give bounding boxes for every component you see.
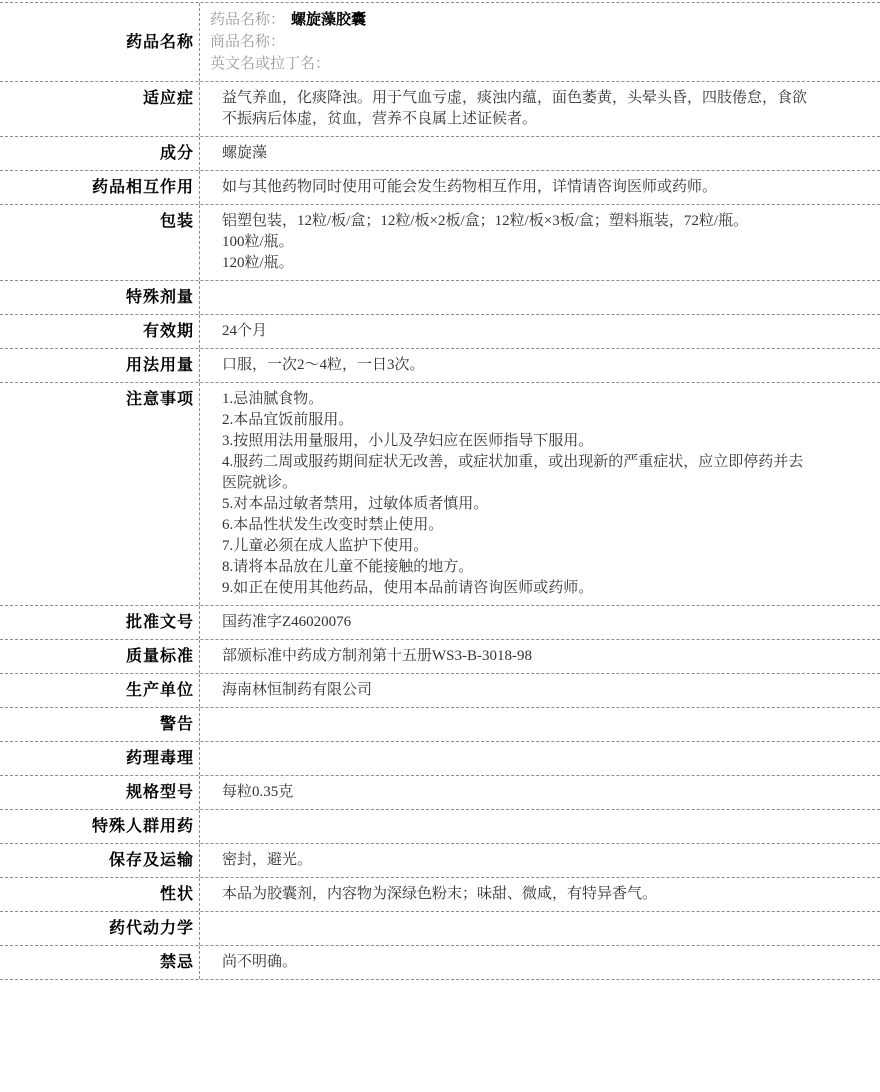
english-name-prefix: 英文名或拉丁名： (210, 53, 810, 75)
row-label: 用法用量 (0, 349, 200, 382)
row-label-text: 药理毒理 (126, 750, 194, 767)
row-label-text: 注意事项 (126, 391, 194, 408)
row-content: 口服，一次2～4粒，一日3次。 (200, 349, 880, 382)
row-label: 禁忌 (0, 946, 200, 979)
row-content: 益气养血，化痰降浊。用于气血亏虚，痰浊内蕴，面色萎黄，头晕头昏，四肢倦怠，食欲不… (200, 82, 880, 136)
row-quality-standard: 质量标准 部颁标准中药成方制剂第十五册WS3-B-3018-98 (0, 640, 880, 674)
row-label-text: 有效期 (143, 323, 194, 340)
row-content: 部颁标准中药成方制剂第十五册WS3-B-3018-98 (200, 640, 880, 673)
row-label-text: 适应症 (143, 90, 194, 107)
page-body: { "page": { "background": "#ffffff", "bo… (0, 2, 880, 1092)
row-content (200, 912, 880, 945)
row-special-dosage: 特殊剂量 (0, 281, 880, 315)
row-label-text: 成分 (160, 145, 194, 162)
row-label: 适应症 (0, 82, 200, 136)
row-content: 药品名称：螺旋藻胶囊 商品名称： 英文名或拉丁名： (200, 3, 880, 81)
row-content: 铝塑包装，12粒/板/盒；12粒/板×2板/盒；12粒/板×3板/盒；塑料瓶装，… (200, 205, 880, 280)
row-label-text: 特殊剂量 (126, 289, 194, 306)
row-content: 每粒0.35克 (200, 776, 880, 809)
row-label-text: 警告 (160, 716, 194, 733)
row-packaging: 包装 铝塑包装，12粒/板/盒；12粒/板×2板/盒；12粒/板×3板/盒；塑料… (0, 205, 880, 281)
row-label-text: 性状 (160, 886, 194, 903)
row-label: 生产单位 (0, 674, 200, 707)
drug-name-value: 螺旋藻胶囊 (291, 12, 366, 28)
row-indications: 适应症 益气养血，化痰降浊。用于气血亏虚，痰浊内蕴，面色萎黄，头晕头昏，四肢倦怠… (0, 82, 880, 137)
row-label-text: 药品名称 (126, 32, 194, 53)
row-label: 批准文号 (0, 606, 200, 639)
row-label-text: 药代动力学 (109, 920, 194, 937)
row-content: 1.忌油腻食物。 2.本品宜饭前服用。 3.按照用法用量服用，小儿及孕妇应在医师… (200, 383, 880, 605)
row-label-text: 生产单位 (126, 682, 194, 699)
row-content: 如与其他药物同时使用可能会发生药物相互作用，详情请咨询医师或药师。 (200, 171, 880, 204)
drug-info-table: 药品名称 药品名称：螺旋藻胶囊 商品名称： 英文名或拉丁名： 适应症 益气养血，… (0, 2, 880, 980)
row-content: 尚不明确。 (200, 946, 880, 979)
row-description: 性状 本品为胶囊剂，内容物为深绿色粉末；味甜、微咸，有特异香气。 (0, 878, 880, 912)
row-special-population: 特殊人群用药 (0, 810, 880, 844)
row-label-text: 用法用量 (126, 357, 194, 374)
row-content (200, 281, 880, 314)
row-drug-name: 药品名称 药品名称：螺旋藻胶囊 商品名称： 英文名或拉丁名： (0, 3, 880, 82)
row-label-text: 特殊人群用药 (92, 818, 194, 835)
row-shelf-life: 有效期 24个月 (0, 315, 880, 349)
row-precautions: 注意事项 1.忌油腻食物。 2.本品宜饭前服用。 3.按照用法用量服用，小儿及孕… (0, 383, 880, 606)
row-label-text: 禁忌 (160, 954, 194, 971)
row-label: 药品相互作用 (0, 171, 200, 204)
row-content: 密封，避光。 (200, 844, 880, 877)
row-label: 药理毒理 (0, 742, 200, 775)
row-label: 成分 (0, 137, 200, 170)
row-content (200, 742, 880, 775)
row-specification: 规格型号 每粒0.35克 (0, 776, 880, 810)
row-content: 海南林恒制药有限公司 (200, 674, 880, 707)
trade-name-prefix: 商品名称： (210, 31, 810, 53)
row-label-text: 规格型号 (126, 784, 194, 801)
row-label-text: 保存及运输 (109, 852, 194, 869)
row-contraindications: 禁忌 尚不明确。 (0, 946, 880, 980)
row-label-text: 质量标准 (126, 648, 194, 665)
row-pharmacokinetics: 药代动力学 (0, 912, 880, 946)
row-content: 国药准字Z46020076 (200, 606, 880, 639)
row-content: 本品为胶囊剂，内容物为深绿色粉末；味甜、微咸，有特异香气。 (200, 878, 880, 911)
row-label: 规格型号 (0, 776, 200, 809)
row-label: 药品名称 (0, 3, 200, 81)
row-label-text: 包装 (160, 213, 194, 230)
row-manufacturer: 生产单位 海南林恒制药有限公司 (0, 674, 880, 708)
row-content (200, 708, 880, 741)
row-label-text: 药品相互作用 (92, 179, 194, 196)
row-drug-interactions: 药品相互作用 如与其他药物同时使用可能会发生药物相互作用，详情请咨询医师或药师。 (0, 171, 880, 205)
row-approval-number: 批准文号 国药准字Z46020076 (0, 606, 880, 640)
row-storage-transport: 保存及运输 密封，避光。 (0, 844, 880, 878)
row-label: 特殊人群用药 (0, 810, 200, 843)
row-label: 包装 (0, 205, 200, 280)
row-label: 保存及运输 (0, 844, 200, 877)
row-content: 螺旋藻 (200, 137, 880, 170)
row-content (200, 810, 880, 843)
row-pharmacology-toxicology: 药理毒理 (0, 742, 880, 776)
row-label: 注意事项 (0, 383, 200, 605)
row-content: 24个月 (200, 315, 880, 348)
row-label: 药代动力学 (0, 912, 200, 945)
row-label: 特殊剂量 (0, 281, 200, 314)
row-label-text: 批准文号 (126, 614, 194, 631)
row-label: 有效期 (0, 315, 200, 348)
row-warning: 警告 (0, 708, 880, 742)
row-ingredients: 成分 螺旋藻 (0, 137, 880, 171)
row-dosage-usage: 用法用量 口服，一次2～4粒，一日3次。 (0, 349, 880, 383)
row-label: 警告 (0, 708, 200, 741)
row-label: 质量标准 (0, 640, 200, 673)
drug-name-prefix: 药品名称： (210, 12, 285, 28)
drug-name-line: 药品名称：螺旋藻胶囊 (210, 9, 810, 31)
row-label: 性状 (0, 878, 200, 911)
